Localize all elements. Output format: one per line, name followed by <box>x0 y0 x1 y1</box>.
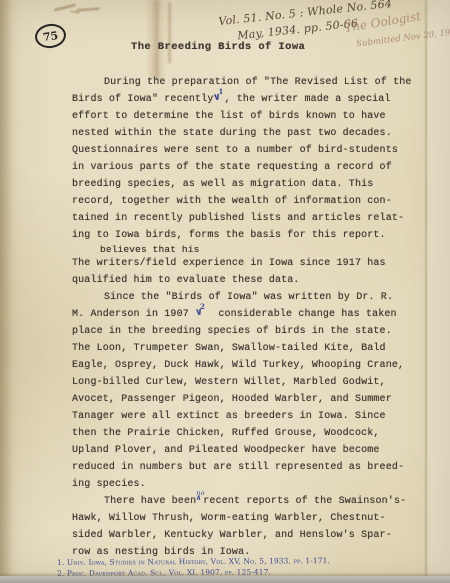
typed-line: Birds of Iowa" recently∨1, the writer ma… <box>72 91 412 108</box>
typed-line: breeding species, as well as migration d… <box>72 176 412 193</box>
circled-page-number-stamp: 75 <box>33 22 67 50</box>
typed-line: The Loon, Trumpeter Swan, Swallow-tailed… <box>72 340 412 357</box>
typed-line: tained in recently published lists and a… <box>72 210 412 227</box>
typed-text-segment: M. Anderson in 1907 <box>72 309 195 320</box>
typed-line: There have been∧norecent reports of the … <box>72 493 412 510</box>
typed-line: The writers/field experience in Iowa sin… <box>72 255 412 272</box>
paperclip-stain <box>146 0 170 80</box>
ink-footnote-reference-mark: ∨2 <box>195 306 206 316</box>
typed-line: reduced in numbers but are still represe… <box>72 459 412 476</box>
pencil-scribble <box>70 10 80 14</box>
typed-line: Questionnaires were sent to a number of … <box>72 142 412 159</box>
typed-line: in various parts of the state requesting… <box>72 159 412 176</box>
paper-left-shadow <box>0 0 12 576</box>
typed-line: M. Anderson in 1907 ∨2 considerable chan… <box>72 306 412 323</box>
typed-line: Long-billed Curlew, Western Willet, Marb… <box>72 374 412 391</box>
scanned-manuscript-page: 75 Vol. 51. No. 5 : Whole No. 564 May, 1… <box>0 0 450 583</box>
typed-line: Avocet, Passenger Pigeon, Hooded Warbler… <box>72 391 412 408</box>
paper-right-edge <box>425 0 427 576</box>
typed-text-segment: Birds of Iowa" recently <box>72 94 213 105</box>
typed-line: believes that his <box>72 244 412 255</box>
typed-line: place in the breeding species of birds i… <box>72 323 412 340</box>
typed-line: qualified him to evaluate these data. <box>72 272 412 289</box>
typed-line: Eagle, Osprey, Duck Hawk, Wild Turkey, W… <box>72 357 412 374</box>
typed-text-segment: There have been <box>104 496 196 507</box>
typed-text-segment: considerable change has taken <box>206 309 397 320</box>
typed-line: Since the "Birds of Iowa" was written by… <box>72 289 412 306</box>
typed-line: nested within the state during the past … <box>72 125 412 142</box>
typed-line: ing species. <box>72 476 412 493</box>
typed-line: then the Prairie Chicken, Ruffed Grouse,… <box>72 425 412 442</box>
typed-line: record, together with the wealth of info… <box>72 193 412 210</box>
typed-text-segment: , the writer made a special <box>224 94 390 105</box>
typed-line: sided Warbler, Kentucky Warbler, and Hen… <box>72 527 412 544</box>
paperclip-stain-line <box>168 2 171 64</box>
typed-line: During the preparation of "The Revised L… <box>72 74 412 91</box>
typed-line: Hawk, Willow Thrush, Worm-eating Warbler… <box>72 510 412 527</box>
typed-line: Tanager were all extinct as breeders in … <box>72 408 412 425</box>
typed-line: effort to determine the list of birds kn… <box>72 108 412 125</box>
typed-line: ing to Iowa birds, forms the basis for t… <box>72 227 412 244</box>
scanner-bed-strip <box>0 576 450 583</box>
ink-footnote-reference-mark: ∨1 <box>213 91 224 101</box>
typed-line: Upland Plover, and Pileated Woodpecker h… <box>72 442 412 459</box>
document-title: The Breeding Birds of Iowa <box>131 41 305 53</box>
ink-caret-insertion-mark: ∧no <box>196 493 203 503</box>
page-number: 75 <box>42 28 59 43</box>
typed-text-segment: recent reports of the Swainson's- <box>203 496 406 507</box>
typed-body-text: During the preparation of "The Revised L… <box>72 74 412 561</box>
